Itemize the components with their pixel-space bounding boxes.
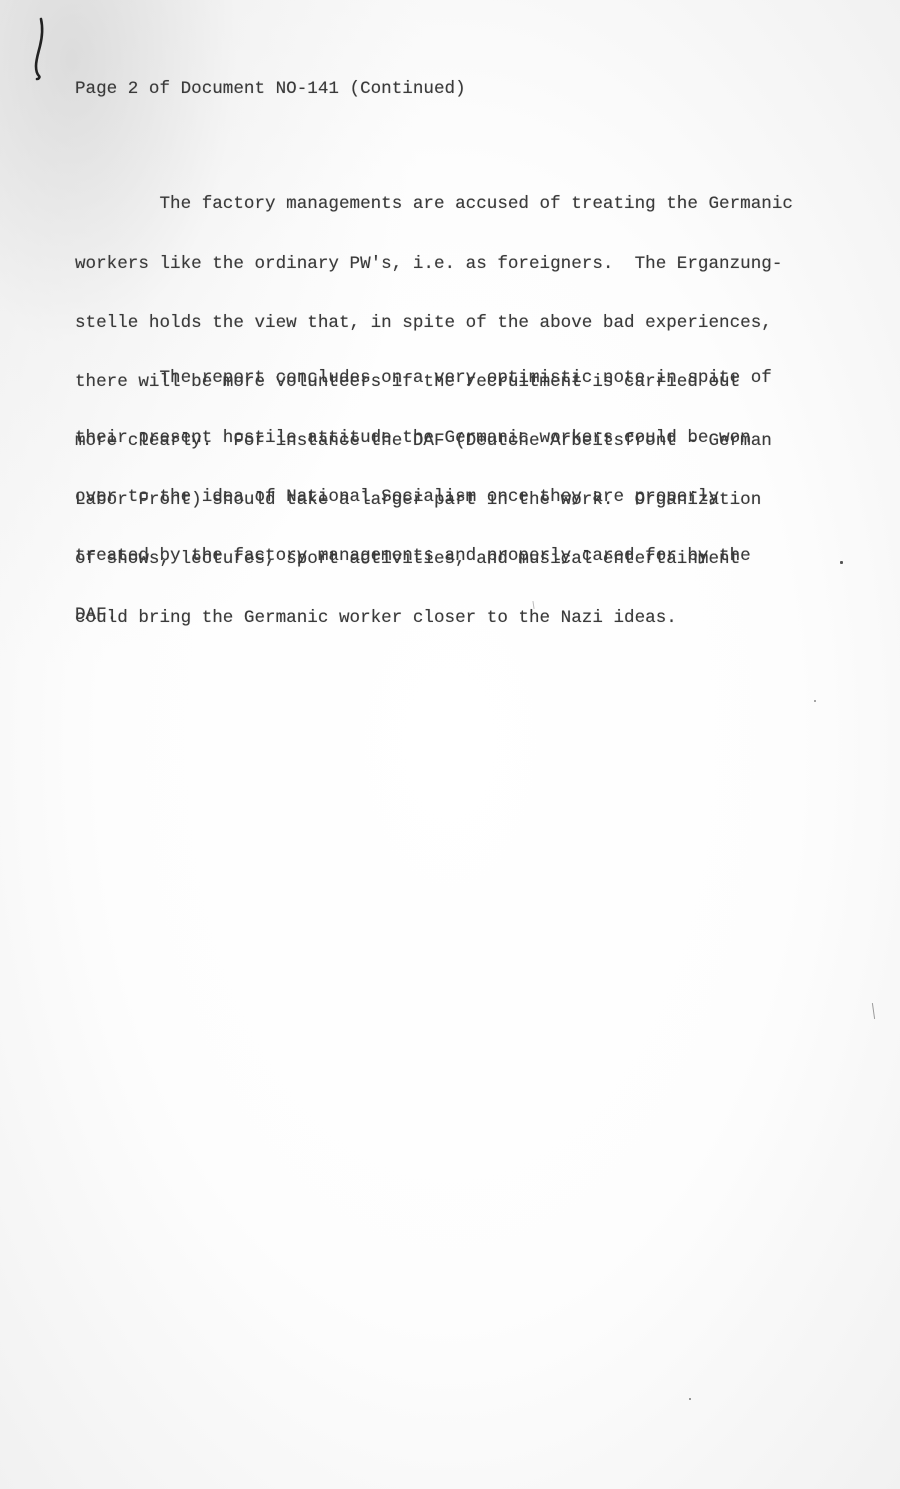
paper-speck	[814, 700, 816, 702]
text-line: treated by the factory managements and p…	[75, 547, 772, 567]
text-line: DAF.	[75, 606, 772, 626]
text-line: their present hostile attitude the Germa…	[75, 429, 772, 449]
document-page: Page 2 of Document NO-141 (Continued) Th…	[0, 0, 900, 1489]
page-header: Page 2 of Document NO-141 (Continued)	[75, 79, 466, 99]
text-line: The factory managements are accused of t…	[75, 195, 793, 215]
text-line: workers like the ordinary PW's, i.e. as …	[75, 255, 793, 275]
paper-speck	[689, 1398, 691, 1400]
text-line: The report concludes on a very optimisti…	[75, 369, 772, 389]
handwritten-bracket-icon	[28, 16, 48, 82]
paragraph-2: The report concludes on a very optimisti…	[75, 330, 772, 665]
paper-scratch	[872, 1003, 875, 1019]
text-line: over to the idea of National Socialism o…	[75, 488, 772, 508]
paper-speck	[840, 561, 843, 564]
